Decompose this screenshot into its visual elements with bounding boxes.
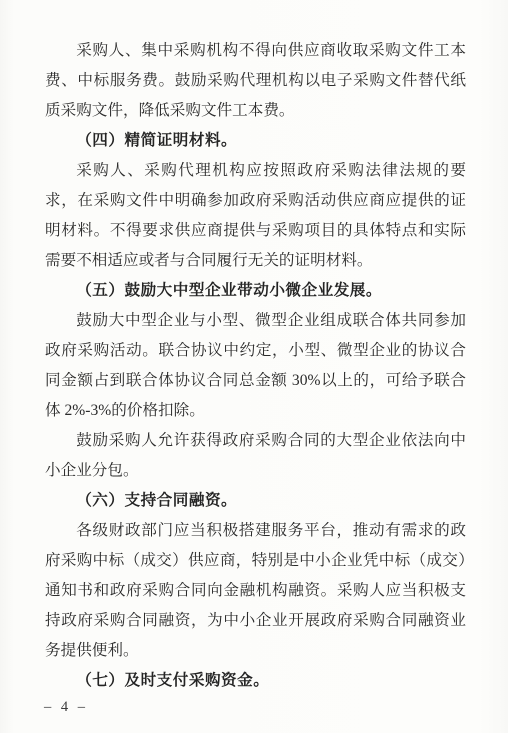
page-number: – 4 – bbox=[44, 699, 88, 716]
section-heading: （七）及时支付采购资金。 bbox=[45, 666, 466, 696]
paragraph: 鼓励采购人允许获得政府采购合同的大型企业依法向中小企业分包。 bbox=[45, 426, 466, 486]
document-body: 采购人、集中采购机构不得向供应商收取采购文件工本费、中标服务费。鼓励采购代理机构… bbox=[45, 36, 466, 696]
paragraph: 各级财政部门应当积极搭建服务平台，推动有需求的政府采购中标（成交）供应商，特别是… bbox=[45, 516, 466, 666]
section-heading: （五）鼓励大中型企业带动小微企业发展。 bbox=[45, 276, 466, 306]
section-heading: （四）精简证明材料。 bbox=[45, 126, 466, 156]
scanned-document-page: 采购人、集中采购机构不得向供应商收取采购文件工本费、中标服务费。鼓励采购代理机构… bbox=[0, 0, 508, 733]
section-heading: （六）支持合同融资。 bbox=[45, 486, 466, 516]
paragraph: 采购人、采购代理机构应按照政府采购法律法规的要求，在采购文件中明确参加政府采购活… bbox=[45, 156, 466, 276]
paragraph: 鼓励大中型企业与小型、微型企业组成联合体共同参加政府采购活动。联合协议中约定，小… bbox=[45, 306, 466, 426]
paragraph: 采购人、集中采购机构不得向供应商收取采购文件工本费、中标服务费。鼓励采购代理机构… bbox=[45, 36, 466, 126]
